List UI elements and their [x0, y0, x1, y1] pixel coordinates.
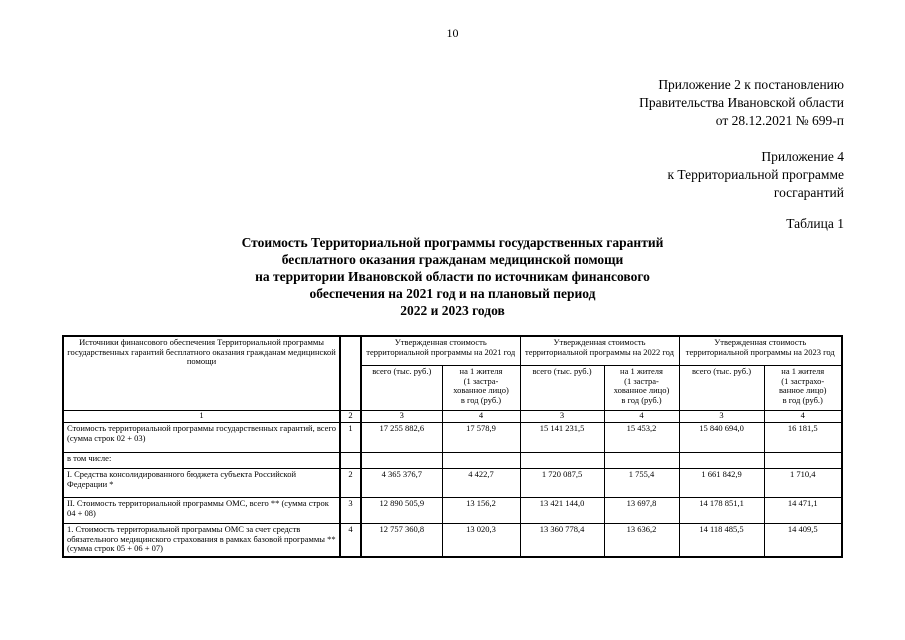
cell-value: 16 181,5 — [764, 423, 842, 453]
row-label: 1. Стоимость территориальной программы О… — [63, 524, 340, 558]
row-label: в том числе: — [63, 453, 340, 469]
row-number: 2 — [340, 469, 361, 498]
column-number: 2 — [340, 411, 361, 423]
cell-value: 4 422,7 — [442, 469, 520, 498]
appendix-note-1: Приложение 2 к постановлению Правительст… — [639, 76, 844, 130]
table-row: Стоимость территориальной программы госу… — [63, 423, 842, 453]
costs-table: Источники финансового обеспечения Террит… — [62, 335, 843, 558]
title-line: бесплатного оказания гражданам медицинск… — [0, 251, 905, 268]
cell-value: 1 720 087,5 — [520, 469, 604, 498]
appendix-note-2: Приложение 4 к Территориальной программе… — [668, 148, 845, 202]
cell-value: 14 118 485,5 — [679, 524, 764, 558]
appendix-1-line: от 28.12.2021 № 699-п — [639, 112, 844, 130]
cell-value: 13 360 778,4 — [520, 524, 604, 558]
year-group-header-2021: Утвержденная стоимость территориальной п… — [361, 336, 520, 366]
table-row: I. Средства консолидированного бюджета с… — [63, 469, 842, 498]
cell-value: 1 710,4 — [764, 469, 842, 498]
title-line: Стоимость Территориальной программы госу… — [0, 234, 905, 251]
cell-value: 13 156,2 — [442, 498, 520, 524]
column-number: 3 — [361, 411, 442, 423]
row-number: 1 — [340, 423, 361, 453]
cell-value — [442, 453, 520, 469]
appendix-2-line: к Территориальной программе — [668, 166, 845, 184]
row-label: II. Стоимость территориальной программы … — [63, 498, 340, 524]
subheader-per-capita-2023: на 1 жителя (1 застрахо- ванное лицо) в … — [764, 366, 842, 411]
row-number — [340, 453, 361, 469]
cell-value: 17 255 882,6 — [361, 423, 442, 453]
title-line: на территории Ивановской области по исто… — [0, 268, 905, 285]
appendix-2-line: госгарантий — [668, 184, 845, 202]
column-number: 3 — [679, 411, 764, 423]
subheader-per-capita-2021: на 1 жителя (1 застра- хованное лицо) в … — [442, 366, 520, 411]
column-number: 3 — [520, 411, 604, 423]
subheader-total-2021: всего (тыс. руб.) — [361, 366, 442, 411]
table-row: 1. Стоимость территориальной программы О… — [63, 524, 842, 558]
row-label: Стоимость территориальной программы госу… — [63, 423, 340, 453]
cell-value — [361, 453, 442, 469]
year-group-header-2023: Утвержденная стоимость территориальной п… — [679, 336, 842, 366]
column-number: 1 — [63, 411, 340, 423]
row-number: 3 — [340, 498, 361, 524]
column-number: 4 — [604, 411, 679, 423]
cell-value: 13 697,8 — [604, 498, 679, 524]
cell-value — [679, 453, 764, 469]
cell-value: 14 409,5 — [764, 524, 842, 558]
appendix-2-line: Приложение 4 — [668, 148, 845, 166]
cell-value: 14 178 851,1 — [679, 498, 764, 524]
row-label: I. Средства консолидированного бюджета с… — [63, 469, 340, 498]
appendix-1-line: Приложение 2 к постановлению — [639, 76, 844, 94]
page-number: 10 — [0, 26, 905, 41]
column-number: 4 — [442, 411, 520, 423]
year-group-header-2022: Утвержденная стоимость территориальной п… — [520, 336, 679, 366]
cell-value: 15 141 231,5 — [520, 423, 604, 453]
cell-value: 13 636,2 — [604, 524, 679, 558]
title-line: 2022 и 2023 годов — [0, 302, 905, 319]
subheader-total-2023: всего (тыс. руб.) — [679, 366, 764, 411]
table-row: II. Стоимость территориальной программы … — [63, 498, 842, 524]
cell-value — [764, 453, 842, 469]
cell-value: 14 471,1 — [764, 498, 842, 524]
table-row: в том числе: — [63, 453, 842, 469]
subheader-total-2022: всего (тыс. руб.) — [520, 366, 604, 411]
cell-value: 13 020,3 — [442, 524, 520, 558]
cell-value: 1 755,4 — [604, 469, 679, 498]
header-sources: Источники финансового обеспечения Террит… — [63, 336, 340, 411]
header-row-number-column — [340, 336, 361, 411]
cell-value: 12 890 505,9 — [361, 498, 442, 524]
cell-value — [604, 453, 679, 469]
cell-value: 4 365 376,7 — [361, 469, 442, 498]
subheader-per-capita-2022: на 1 жителя (1 застра- хованное лицо) в … — [604, 366, 679, 411]
table-caption: Таблица 1 — [786, 216, 844, 232]
row-number: 4 — [340, 524, 361, 558]
document-title: Стоимость Территориальной программы госу… — [0, 234, 905, 319]
title-line: обеспечения на 2021 год и на плановый пе… — [0, 285, 905, 302]
cell-value — [520, 453, 604, 469]
appendix-1-line: Правительства Ивановской области — [639, 94, 844, 112]
column-number: 4 — [764, 411, 842, 423]
document-page: 10 Приложение 2 к постановлению Правител… — [0, 0, 905, 640]
cell-value: 13 421 144,0 — [520, 498, 604, 524]
cell-value: 12 757 360,8 — [361, 524, 442, 558]
cell-value: 15 453,2 — [604, 423, 679, 453]
cell-value: 15 840 694,0 — [679, 423, 764, 453]
cell-value: 1 661 842,9 — [679, 469, 764, 498]
cell-value: 17 578,9 — [442, 423, 520, 453]
